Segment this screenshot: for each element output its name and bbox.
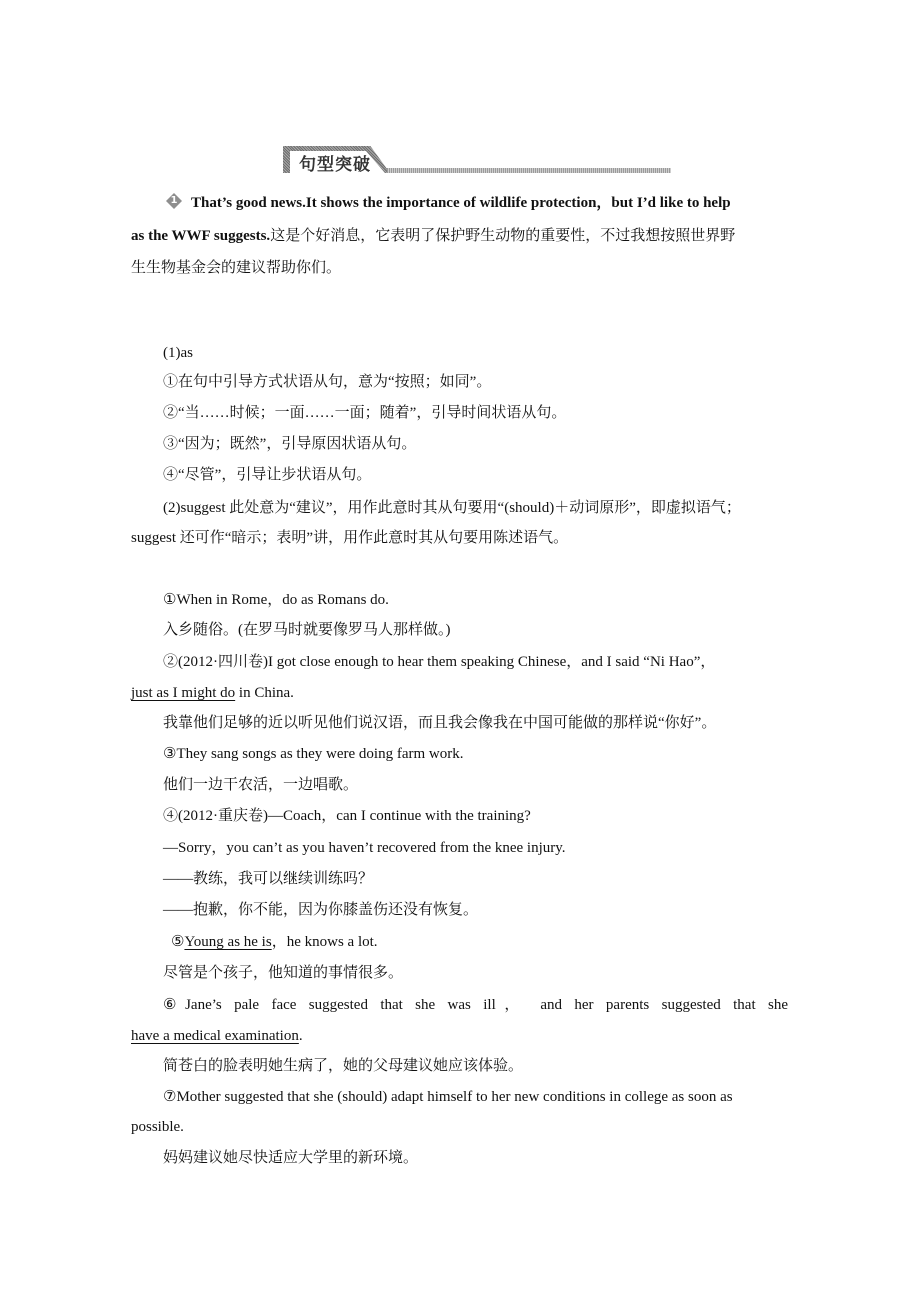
example-5-zh: 尽管是个孩子，他知道的事情很多。 (163, 963, 403, 983)
example-1-zh: 入乡随俗。(在罗马时就要像罗马人那样做。) (163, 620, 451, 640)
as-item-2: ②“当……时候；一面……一面；随着”，引导时间状语从句。 (163, 403, 566, 423)
number-diamond-icon: 1 (163, 193, 185, 209)
as-item-1: ①在句中引导方式状语从句，意为“按照；如同”。 (163, 372, 491, 392)
key-sentence-en: That’s good news.It shows the importance… (191, 195, 731, 211)
example-7-zh: 妈妈建议她尽快适应大学里的新环境。 (163, 1148, 418, 1168)
key-sentence-translation-cont: 生生物基金会的建议帮助你们。 (131, 258, 341, 278)
example-7-en-cont: possible. (131, 1117, 184, 1137)
example-4-en-question: ④(2012·重庆卷)—Coach，can I continue with th… (163, 806, 531, 826)
header-rule (383, 168, 671, 173)
section-title: 句型突破 (299, 150, 371, 175)
key-sentence-line2: as the WWF suggests.这是个好消息，它表明了保护野生动物的重要… (131, 226, 735, 246)
example-3-en: ③They sang songs as they were doing farm… (163, 744, 463, 764)
example-4-en-answer: —Sorry，you can’t as you haven’t recovere… (163, 838, 566, 858)
suggest-note-line1: (2)suggest 此处意为“建议”，用作此意时其从句要用“(should)＋… (163, 498, 741, 518)
document-page: 句型突破 1That’s good news.It shows the impo… (0, 0, 920, 1302)
example-4-zh-answer: ——抱歉，你不能，因为你膝盖伤还没有恢复。 (163, 900, 478, 920)
example-3-zh: 他们一边干农活，一边唱歌。 (163, 775, 358, 795)
example-4-zh-question: ——教练，我可以继续训练吗？ (163, 869, 373, 889)
example-6-zh: 简苍白的脸表明她生病了，她的父母建议她应该体验。 (163, 1056, 523, 1076)
example-2-zh: 我靠他们足够的近以听见他们说汉语，而且我会像我在中国可能做的那样说“你好”。 (163, 713, 716, 733)
underlined-phrase: have a medical examination (131, 1028, 299, 1044)
section-header: 句型突破 (283, 146, 671, 176)
underlined-phrase: Young as he is (184, 934, 271, 950)
example-2-en-cont: just as I might do in China. (131, 683, 294, 703)
underlined-phrase: just as I might do (131, 685, 235, 701)
example-1-en: ①When in Rome，do as Romans do. (163, 590, 389, 610)
example-6-en: ⑥Jane’s pale face suggested that she was… (163, 995, 788, 1015)
key-sentence-en-cont: as the WWF suggests. (131, 228, 270, 244)
as-item-4: ④“尽管”，引导让步状语从句。 (163, 465, 371, 485)
example-6-en-cont: have a medical examination. (131, 1026, 303, 1046)
as-heading: (1)as (163, 343, 193, 363)
key-sentence-translation: 这是个好消息，它表明了保护野生动物的重要性，不过我想按照世界野 (270, 228, 735, 244)
key-sentence-line1: 1That’s good news.It shows the importanc… (163, 193, 731, 213)
example-5-en: ⑤Young as he is，he knows a lot. (171, 932, 378, 952)
example-7-en: ⑦Mother suggested that she (should) adap… (163, 1087, 733, 1107)
suggest-note-line2: suggest 还可作“暗示；表明”讲，用作此意时其从句要用陈述语气。 (131, 528, 568, 548)
as-item-3: ③“因为；既然”，引导原因状语从句。 (163, 434, 416, 454)
example-2-en: ②(2012·四川卷)I got close enough to hear th… (163, 652, 715, 672)
